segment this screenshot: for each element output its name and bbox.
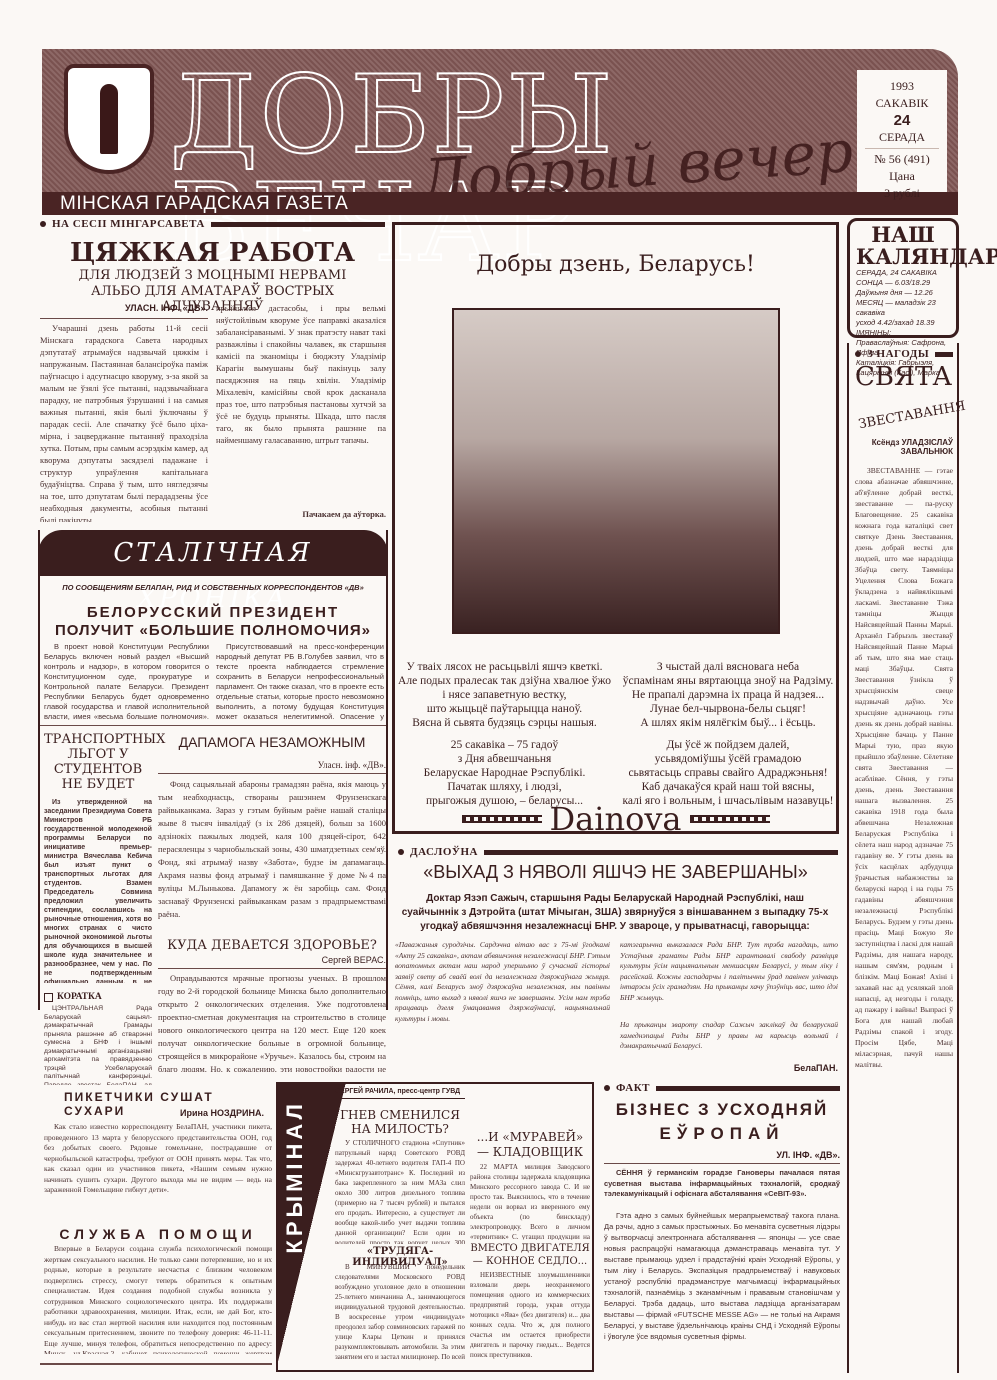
crime-byline: СЕРГЕЙ РАЧИЛА, пресс-центр ГУВД: [335, 1088, 465, 1099]
chronicle-sources: ПО СООБЩЕНИЯМ БЕЛАПАН, РИД И СОБСТВЕННЫХ…: [40, 583, 386, 592]
crime-story4-title: ВМЕСТО ДВИГАТЕЛЯ — КОННОЕ СЕДЛО...: [470, 1242, 590, 1268]
calendar-line: МЕСЯЦ — маладзік 23 сакавіка: [856, 298, 950, 318]
calendar-line: ІМЯНІНЫ:: [856, 328, 950, 338]
bullet-icon: [40, 221, 46, 227]
issue-weekday: СЕРАДА: [857, 129, 947, 146]
president-text-col2: Присутствовавший на пресс-конференции на…: [216, 642, 384, 722]
rubric-session: НА СЕСІІ МІНГАРСАВЕТА: [40, 218, 385, 230]
holiday-title: СВЯТА: [855, 362, 952, 392]
president-title-2: ПОЛУЧИТ «БОЛЬШИЕ ПОЛНОМОЧИЯ»: [40, 622, 386, 639]
calendar-title-2: КАЛЯНДАР: [856, 246, 950, 268]
calendar-line: Даўжыня дня — 12.26: [856, 288, 950, 298]
bullet-icon: [398, 849, 404, 855]
rubric-business: ФАКТ: [604, 1082, 840, 1094]
transport-text: Из утвержденной на заседании Президиума …: [44, 798, 152, 983]
crime-story3-title: ...И «МУРАВЕЙ» — КЛАДОВЩИК: [470, 1130, 590, 1160]
crime-story2-continued: [470, 1088, 590, 1106]
bullet-icon: [855, 351, 861, 357]
price-label: Цана: [857, 168, 947, 185]
ornament-icon: [462, 815, 542, 823]
health-text: Оправдываются мрачные прогнозы ученых. В…: [158, 972, 386, 1072]
holiday-byline: Ксёндз УЛАДЗІСЛАЎ ЗАВАЛЬНЮК: [855, 438, 953, 456]
calendar-line: СОНЦА — 6.03/18.29: [856, 278, 950, 288]
issue-year: 1993: [857, 78, 947, 95]
transport-title: ТРАНСПОРТНЫХ ЛЬГОТ У СТУДЕНТОВ НЕ БУДЕТ: [44, 732, 152, 792]
interview-text-col1: «Паважаныя суродзічы. Сардэчна вітаю вас…: [395, 940, 610, 1070]
session-text-col2: прыйшліся дастасобы, і пры вельмі няўсто…: [216, 302, 386, 507]
president-title-1: БЕЛОРУССКИЙ ПРЕЗИДЕНТ: [40, 604, 386, 621]
interview-title: «ВЫХАД З НЯВОЛІ ЯШЧЭ НЕ ЗАВЕРШАНЫ»: [392, 862, 839, 883]
brief-header: КОРАТКА: [44, 992, 152, 1002]
president-text-col1: В проект новой Конституции Республики Бе…: [44, 642, 209, 722]
session-tagline: Пачакаем да аўторка.: [216, 508, 386, 520]
chronicle-banner: СТАЛІЧНАЯ ХРОНІКА: [38, 530, 388, 576]
poem-right: З чыстай далі вясновага неба ўспамінам я…: [617, 660, 839, 808]
session-text-col1: Учарашні дзень работы 11-й сесіі Мінскаг…: [40, 322, 208, 522]
crime-story1-text: У СТОЛИЧНОГО стадиона «Спутник» патрульн…: [335, 1138, 465, 1244]
business-lead: СЁННЯ ў германскім горадзе Гановеры пача…: [604, 1168, 840, 1208]
session-title: ЦЯЖКАЯ РАБОТА: [40, 238, 385, 268]
health-title: КУДА ДЕВАЕТСЯ ЗДОРОВЬЕ?: [158, 938, 386, 953]
interview-source: БелаПАН.: [620, 1063, 838, 1073]
dainova-logo: Dainova: [392, 800, 839, 838]
calendar-line: СЕРАДА, 24 САКАВІКА: [856, 268, 950, 278]
picket-text: Как стало известно корреспонденту БелаПА…: [44, 1122, 272, 1222]
holiday-text: ЗВЕСТАВАННЕ — гэтае слова абазначае абвя…: [855, 465, 953, 1365]
help-title: СЛУЖБА ПОМОЩИ: [44, 1226, 272, 1242]
aid-title: ДАПАМОГА НЕЗАМОЖНЫМ: [158, 734, 386, 750]
calendar-title: НАШ: [856, 224, 950, 246]
issue-day: 24: [857, 112, 947, 129]
brief-text: ЦЭНТРАЛЬНАЯ Рада Беларускай сацыял-дэмак…: [44, 1005, 152, 1085]
business-title-2: ЕЎРОПАЙ: [604, 1124, 840, 1144]
aid-byline: Уласн. інф. «ДВ».: [158, 760, 386, 770]
minsk-coat-of-arms-icon: [64, 64, 154, 174]
interview-closing: На прыканцы звароту спадар Сажыч закліка…: [620, 1020, 838, 1052]
session-subtitle-1: ДЛЯ ЛЮДЗЕЙ З МОЦНЫМІ НЕРВАМІ: [40, 268, 385, 283]
poem-left: У тваіх лясох не расьцьвілі яшчэ кветкі.…: [392, 660, 617, 808]
bullet-icon: [604, 1085, 610, 1091]
issue-number: № 56 (491): [857, 151, 947, 168]
aid-text: Фонд сацыяльнай абароны грамадзян раёна,…: [158, 778, 386, 928]
crime-story4-text: НЕИЗВЕСТНЫЕ злоумышленники взломали двер…: [470, 1270, 590, 1360]
square-bullet-icon: [44, 993, 53, 1002]
crime-story3-text: 22 МАРТА милиция Заводского района столи…: [470, 1162, 590, 1240]
crime-story1-title: ГНЕВ СМЕНИЛСЯ НА МИЛОСТЬ?: [335, 1108, 465, 1136]
calendar-box: НАШ КАЛЯНДАР СЕРАДА, 24 САКАВІКА СОНЦА —…: [847, 218, 959, 338]
calendar-line: усход 4.42/захад 18.39: [856, 318, 950, 328]
business-byline: УЛ. ІНФ. «ДВ».: [604, 1150, 840, 1160]
help-text: Впервые в Беларуси создана служба психол…: [44, 1244, 272, 1354]
interview-text-col2: катэгарычна выказалася Рада БНР. Тут трэ…: [620, 940, 838, 1015]
issue-month: САКАВІК: [857, 95, 947, 112]
crime-story2-text: В МИНУВШИЙ понедельник следователями Мос…: [335, 1262, 465, 1362]
price-value: 3 рублі: [857, 185, 947, 202]
issue-date-box: 1993 САКАВІК 24 СЕРАДА № 56 (491) Цана 3…: [857, 70, 947, 192]
newspaper-subtitle: МІНСКАЯ ГАРАДСКАЯ ГАЗЕТА: [60, 193, 348, 215]
business-text: Гэта адно з самых буйнейшых мерапрыемств…: [604, 1210, 840, 1365]
rubric-holiday: З НАГОДЫ: [855, 348, 953, 360]
crime-section-label: КРЫМІНАЛ: [282, 1100, 312, 1254]
ornament-icon: [690, 815, 770, 823]
rubric-interview: ДАСЛОЎНА: [398, 846, 838, 858]
session-byline: УЛАСН. ІНФ. «ДВ».: [40, 303, 208, 313]
interview-lead: Доктар Язэп Сажыч, старшыня Рады Беларус…: [400, 892, 830, 934]
health-byline: Сергей ВЕРАС.: [158, 955, 386, 965]
promo-artwork-image: [452, 308, 780, 634]
picket-byline: Ирина НОЗДРИНА.: [44, 1108, 264, 1118]
business-title-1: БІЗНЕС З УСХОДНЯЙ: [604, 1100, 840, 1120]
promo-headline: Добры дзень, Беларусь!: [392, 252, 839, 277]
